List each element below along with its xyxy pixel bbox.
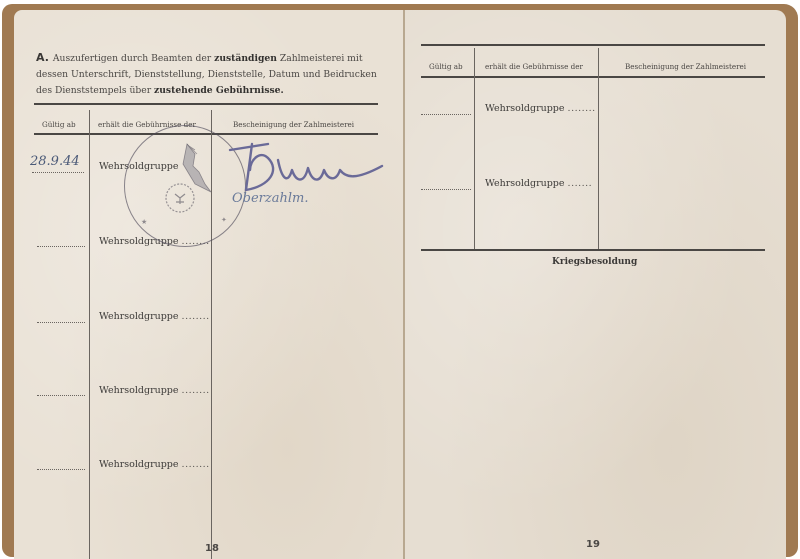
date-dotted-line xyxy=(421,189,471,190)
column-header-valid-from: Gültig ab xyxy=(42,120,76,129)
date-dotted-line xyxy=(37,469,85,470)
signature-rank: Oberzahlm. xyxy=(232,191,308,206)
wehrsoldgruppe-label: Wehrsoldgruppe ....... xyxy=(485,178,592,189)
table-bottom-rule xyxy=(421,249,765,251)
wehrsoldgruppe-label: Wehrsoldgruppe ........ xyxy=(99,385,210,396)
column-header-certification: Bescheinigung der Zahlmeisterei xyxy=(625,62,746,71)
column-header-valid-from: Gültig ab xyxy=(429,62,463,71)
date-dotted-line xyxy=(421,114,471,115)
page-number-right: 19 xyxy=(586,539,600,550)
document-scan: A.Auszufertigen durch Beamten der zustän… xyxy=(0,0,800,559)
table-top-rule xyxy=(34,103,378,105)
column-divider xyxy=(89,110,90,559)
table-header-rule xyxy=(421,76,765,78)
instruction-paragraph: A.Auszufertigen durch Beamten der zustän… xyxy=(36,50,386,99)
table-top-rule xyxy=(421,44,765,46)
section-label: A. xyxy=(36,51,49,64)
instruction-bold-text: zuständigen xyxy=(214,53,277,64)
instruction-bold-text: zustehende Gebührnisse. xyxy=(154,85,284,96)
svg-text:✦: ✦ xyxy=(221,216,227,224)
column-header-certification: Bescheinigung der Zahlmeisterei xyxy=(233,120,354,129)
column-header-receives: erhält die Gebührnisse der xyxy=(485,62,583,71)
date-dotted-line xyxy=(37,322,85,323)
column-divider xyxy=(598,48,599,250)
date-dotted-line xyxy=(32,172,84,173)
wehrsoldgruppe-label: Wehrsoldgruppe ........ xyxy=(99,459,210,470)
date-dotted-line xyxy=(37,246,85,247)
instruction-text: Auszufertigen durch Beamten der xyxy=(53,53,214,64)
section-title-kriegsbesoldung: Kriegsbesoldung xyxy=(552,257,637,267)
wehrsoldgruppe-label: Wehrsoldgruppe ........ xyxy=(99,311,210,322)
right-page xyxy=(404,10,786,559)
booklet-spine xyxy=(403,10,405,559)
wehrsoldgruppe-label: Wehrsoldgruppe ........ xyxy=(485,103,596,114)
page-number-left: 18 xyxy=(205,543,219,554)
date-dotted-line xyxy=(37,395,85,396)
column-divider xyxy=(474,48,475,250)
svg-text:★: ★ xyxy=(141,218,147,226)
handwritten-date: 28.9.44 xyxy=(30,154,80,169)
